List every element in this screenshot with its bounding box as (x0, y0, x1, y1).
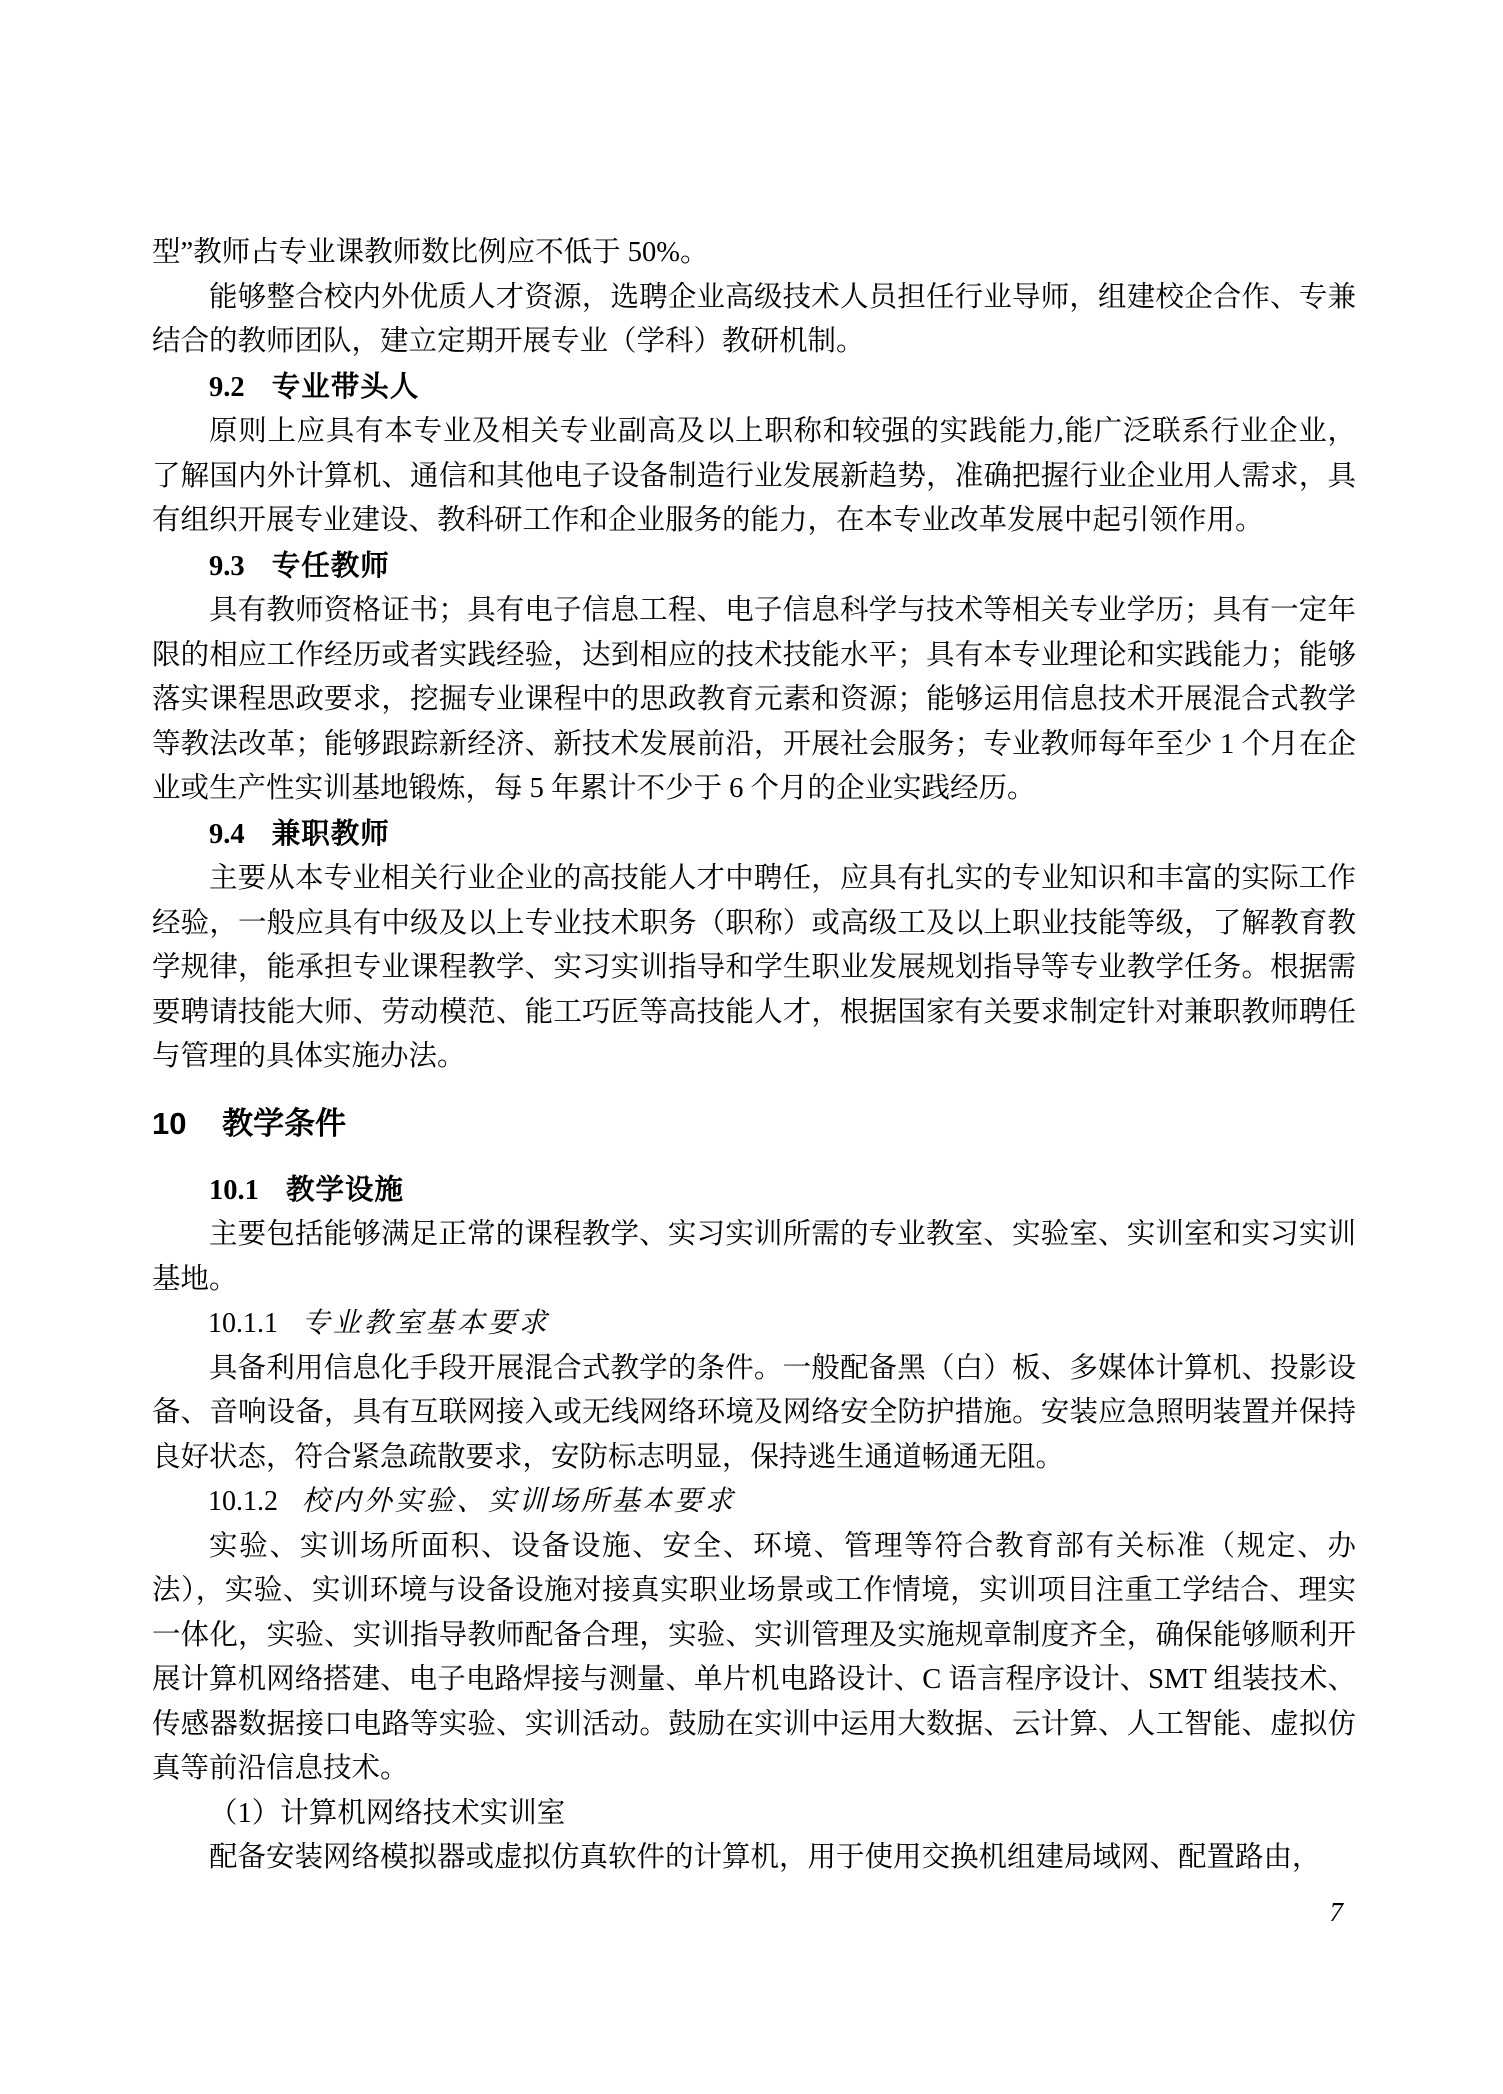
page-body-text: 型”教师占专业课教师数比例应不低于 50%。 能够整合校内外优质人才资源，选聘企… (152, 231, 1356, 1881)
section-heading-9-3: 9.3专任教师 (152, 544, 1356, 590)
subsection-title: 专业教室基本要求 (302, 1308, 550, 1339)
chapter-title: 教学条件 (222, 1106, 346, 1141)
subsection-title: 校内外实验、实训场所基本要求 (302, 1486, 736, 1517)
section-heading-9-2: 9.2专业带头人 (152, 365, 1356, 411)
chapter-number: 10 (152, 1106, 186, 1141)
section-title: 专业带头人 (272, 371, 420, 403)
subsection-number: 10.1.2 (208, 1486, 278, 1517)
chapter-heading-10: 10教学条件 (152, 1100, 1356, 1147)
paragraph-continued-from-previous-page: 型”教师占专业课教师数比例应不低于 50%。 (152, 231, 1356, 276)
subsection-heading-10-1-2: 10.1.2校内外实验、实训场所基本要求 (152, 1480, 1356, 1525)
paragraph-teacher-team: 能够整合校内外优质人才资源，选聘企业高级技术人员担任行业导师，组建校企合作、专兼… (152, 276, 1356, 365)
subsection-number: 10.1.1 (208, 1308, 278, 1339)
section-number: 9.3 (209, 551, 245, 582)
section-number: 9.2 (209, 372, 245, 403)
paragraph-network-lab-equipment: 配备安装网络模拟器或虚拟仿真软件的计算机，用于使用交换机组建局域网、配置路由， (152, 1836, 1356, 1881)
section-title: 教学设施 (286, 1174, 404, 1206)
paragraph-lab-requirements: 实验、实训场所面积、设备设施、安全、环境、管理等符合教育部有关标准（规定、办法）… (152, 1525, 1356, 1792)
subsection-heading-10-1-1: 10.1.1专业教室基本要求 (152, 1302, 1356, 1347)
paragraph-teaching-facilities: 主要包括能够满足正常的课程教学、实习实训所需的专业教室、实验室、实训室和实习实训… (152, 1213, 1356, 1302)
section-title: 兼职教师 (272, 818, 390, 850)
page-number: 7 (1330, 1897, 1344, 1928)
paragraph-fulltime-teachers: 具有教师资格证书；具有电子信息工程、电子信息科学与技术等相关专业学历；具有一定年… (152, 589, 1356, 812)
section-heading-9-4: 9.4兼职教师 (152, 812, 1356, 858)
section-number: 10.1 (209, 1175, 259, 1206)
paragraph-parttime-teachers: 主要从本专业相关行业企业的高技能人才中聘任，应具有扎实的专业知识和丰富的实际工作… (152, 857, 1356, 1080)
paragraph-program-leader: 原则上应具有本专业及相关专业副高及以上职称和较强的实践能力,能广泛联系行业企业，… (152, 410, 1356, 544)
section-number: 9.4 (209, 819, 245, 850)
document-page: { "content": { "blocks": [ { "type": "pa… (0, 0, 1503, 2094)
section-heading-10-1: 10.1教学设施 (152, 1168, 1356, 1214)
list-item-network-lab: （1）计算机网络技术实训室 (152, 1792, 1356, 1837)
paragraph-classroom-requirements: 具备利用信息化手段开展混合式教学的条件。一般配备黑（白）板、多媒体计算机、投影设… (152, 1347, 1356, 1481)
section-title: 专任教师 (272, 550, 390, 582)
